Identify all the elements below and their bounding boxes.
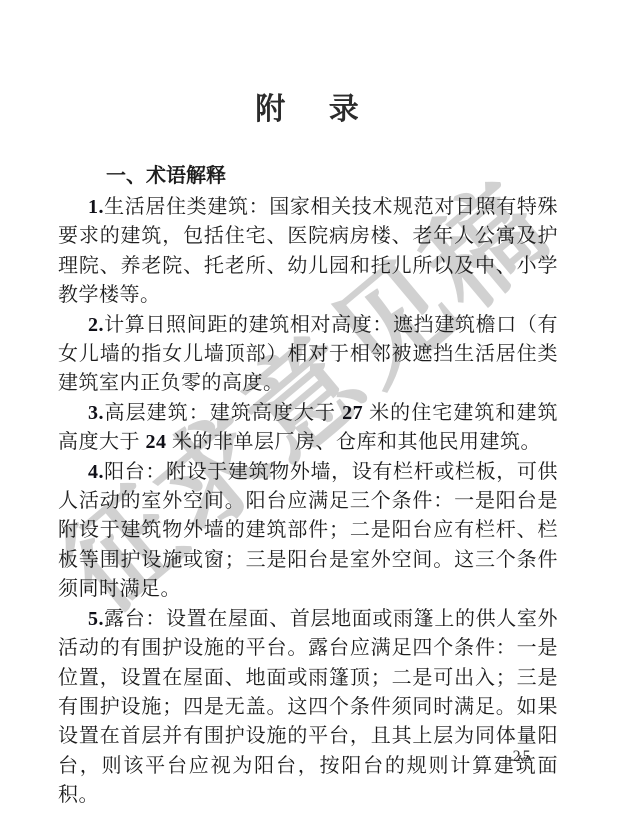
paragraph-number: 27 xyxy=(342,402,363,424)
paragraph-text: 计算日照间距的建筑相对高度：遮挡建筑檐口（有女儿墙的指女儿墙顶部）相对于相邻被遮… xyxy=(58,314,558,395)
paragraph: 4.阳台：附设于建筑物外墙，设有栏杆或栏板，可供人活动的室外空间。阳台应满足三个… xyxy=(58,458,558,605)
paragraph-text: 阳台：附设于建筑物外墙，设有栏杆或栏板，可供人活动的室外空间。阳台应满足三个条件… xyxy=(58,461,558,601)
paragraph: 5.露台：设置在屋面、首层地面或雨篷上的供人室外活动的有围护设施的平台。露台应满… xyxy=(58,605,558,811)
paragraph-text: 生活居住类建筑：国家相关技术规范对日照有特殊要求的建筑，包括住宅、医院病房楼、老… xyxy=(58,196,558,306)
paragraph-number: 3. xyxy=(88,402,104,424)
document-page: 征求意见稿 附 录 一、术语解释 1.生活居住类建筑：国家相关技术规范对日照有特… xyxy=(0,0,622,828)
paragraph-number: 4. xyxy=(88,461,104,483)
page-number: - 25 - xyxy=(499,748,546,766)
page-title: 附 录 xyxy=(58,84,558,128)
paragraph-text: 高层建筑：建筑高度大于 xyxy=(104,402,342,424)
paragraph-number: 24 xyxy=(146,431,167,453)
paragraphs-container: 1.生活居住类建筑：国家相关技术规范对日照有特殊要求的建筑，包括住宅、医院病房楼… xyxy=(58,193,558,811)
paragraph-text: 露台：设置在屋面、首层地面或雨篷上的供人室外活动的有围护设施的平台。露台应满足四… xyxy=(58,608,558,806)
paragraph-text: 米的非单层厂房、仓库和其他民用建筑。 xyxy=(167,431,542,453)
paragraph: 1.生活居住类建筑：国家相关技术规范对日照有特殊要求的建筑，包括住宅、医院病房楼… xyxy=(58,193,558,311)
paragraph-number: 1. xyxy=(88,196,104,218)
paragraph-number: 2. xyxy=(88,314,104,336)
paragraph: 2.计算日照间距的建筑相对高度：遮挡建筑檐口（有女儿墙的指女儿墙顶部）相对于相邻… xyxy=(58,311,558,399)
section-heading: 一、术语解释 xyxy=(106,159,226,188)
paragraph: 3.高层建筑：建筑高度大于 27 米的住宅建筑和建筑高度大于 24 米的非单层厂… xyxy=(58,399,558,458)
paragraph-number: 5. xyxy=(88,608,104,630)
